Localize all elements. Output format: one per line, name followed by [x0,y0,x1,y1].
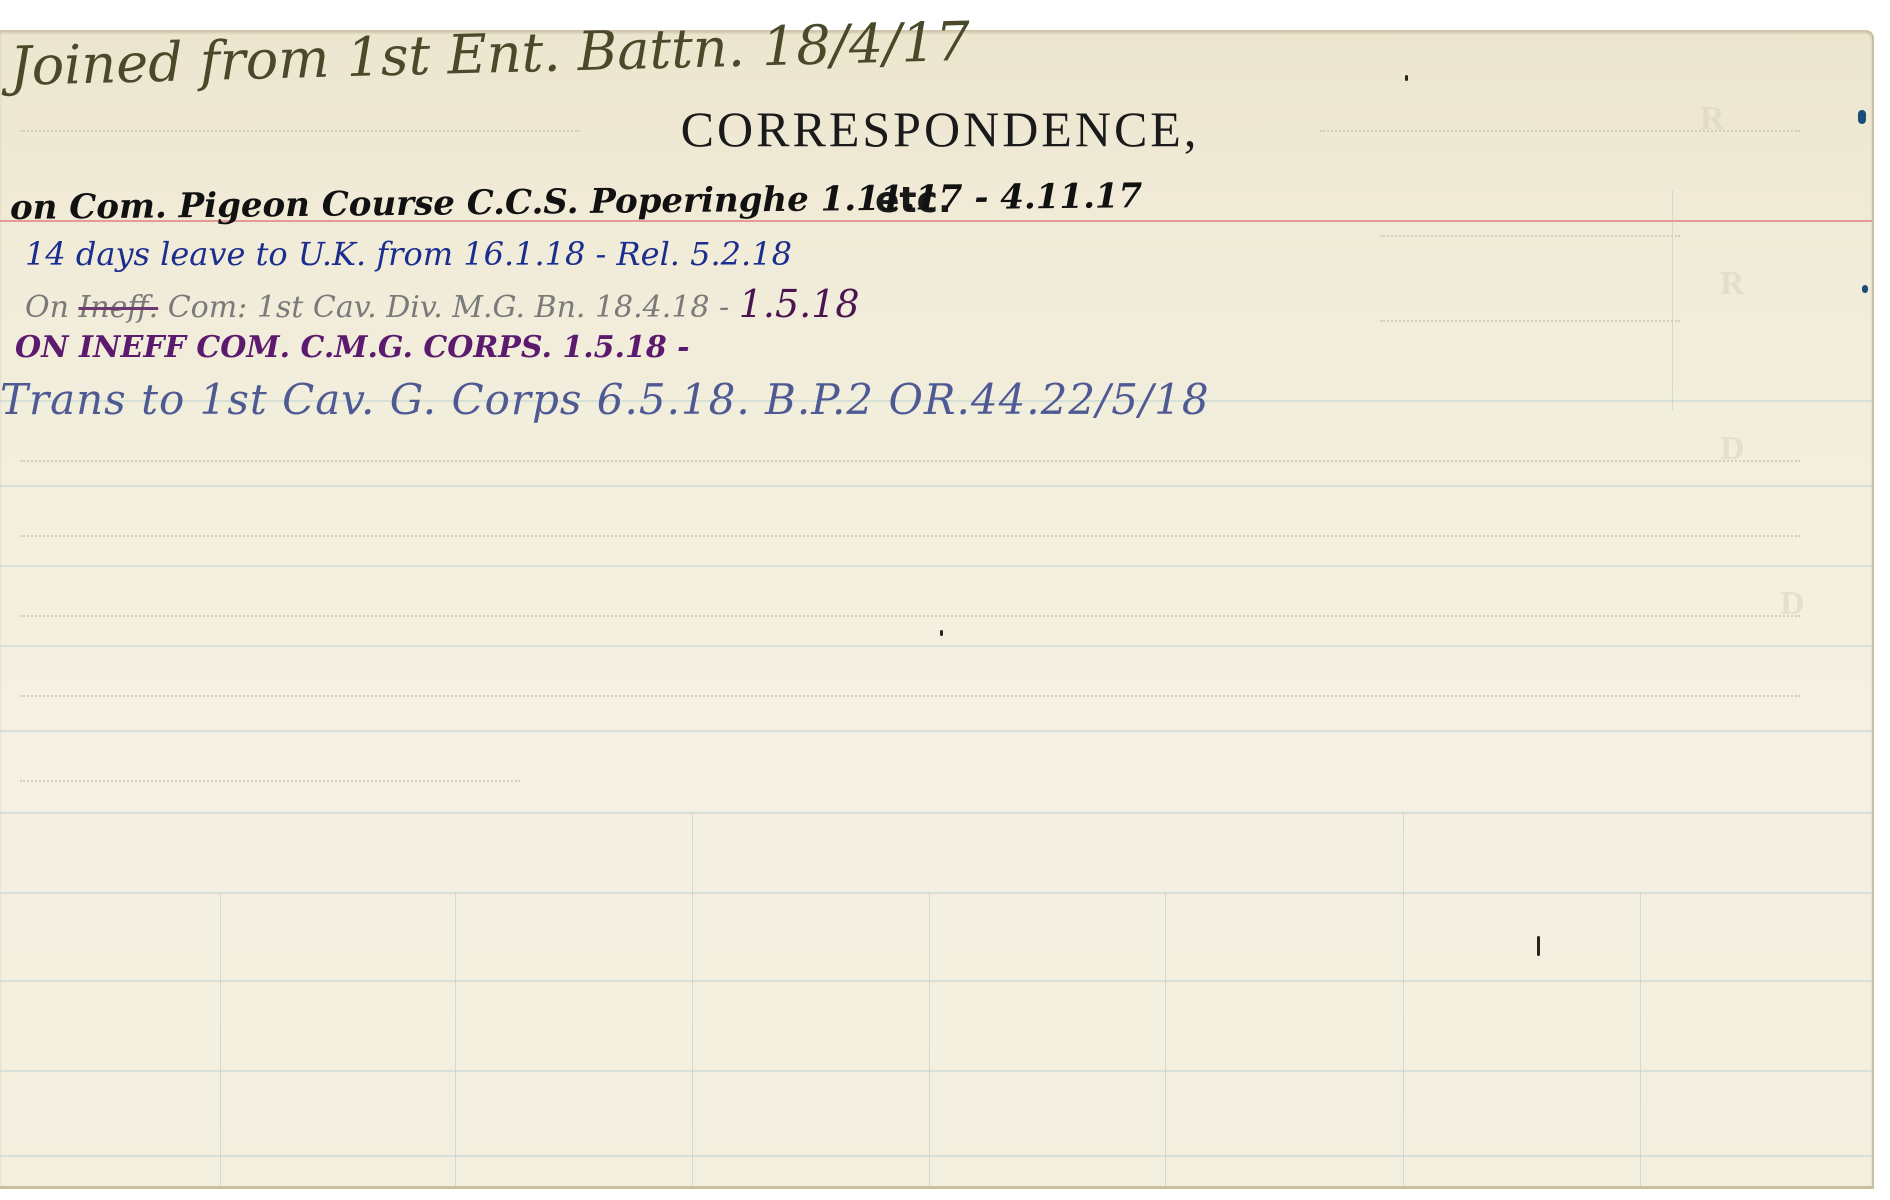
dotted-line [20,615,1800,617]
entry-ineff-com: ON INEFF COM. C.M.G. CORPS. 1.5.18 - [15,330,690,365]
ruled-line [0,485,1872,487]
dotted-line [1380,320,1680,322]
ink-speck [1537,936,1540,956]
entry-attached-rest: Com: 1st Cav. Div. M.G. Bn. 18.4.18 - [158,290,739,325]
ink-speck [1405,75,1408,81]
dotted-line [20,780,520,782]
column-line [1403,812,1404,1186]
column-line [929,892,930,1186]
ruled-line [0,892,1872,894]
dotted-line [1320,130,1800,132]
printed-heading: CORRESPONDENCE, [590,100,1290,158]
dotted-line [20,695,1800,697]
dotted-line [1380,235,1680,237]
ruled-line [0,730,1872,732]
entry-attached-prefix: On [25,290,78,325]
column-line [1672,190,1673,410]
dotted-line [20,130,580,132]
ruled-line [0,1155,1872,1157]
entry-transfer: Trans to 1st Cav. G. Corps 6.5.18. B.P.2… [0,375,1210,424]
entry-leave: 14 days leave to U.K. from 16.1.18 - Rel… [25,235,792,273]
entry-attached-suffix: 1.5.18 [739,282,860,326]
entry-attached-struck: Ineff. [78,290,158,325]
record-card: R R D D CORRESPONDENCE, etc. Joined from… [0,30,1874,1189]
ghost-print: D [1780,585,1805,623]
column-line [455,892,456,1186]
dotted-line [20,460,1800,462]
ghost-print: R [1700,100,1725,138]
ruled-line [0,980,1872,982]
ghost-print: D [1720,430,1745,468]
entry-attached: On Ineff. Com: 1st Cav. Div. M.G. Bn. 18… [25,282,860,326]
pin-mark [1858,110,1866,124]
ghost-print: R [1720,265,1745,303]
ruled-line [0,565,1872,567]
ruled-line [0,812,1872,814]
entry-joined: Joined from 1st Ent. Battn. 18/4/17 [9,10,971,98]
column-line [220,892,221,1186]
ruled-line [0,1070,1872,1072]
ruled-line [0,645,1872,647]
dotted-line [20,535,1800,537]
column-line [1165,892,1166,1186]
pin-mark [1862,285,1868,293]
column-line [1640,892,1641,1186]
ink-speck [940,630,943,636]
column-line [692,812,693,1186]
